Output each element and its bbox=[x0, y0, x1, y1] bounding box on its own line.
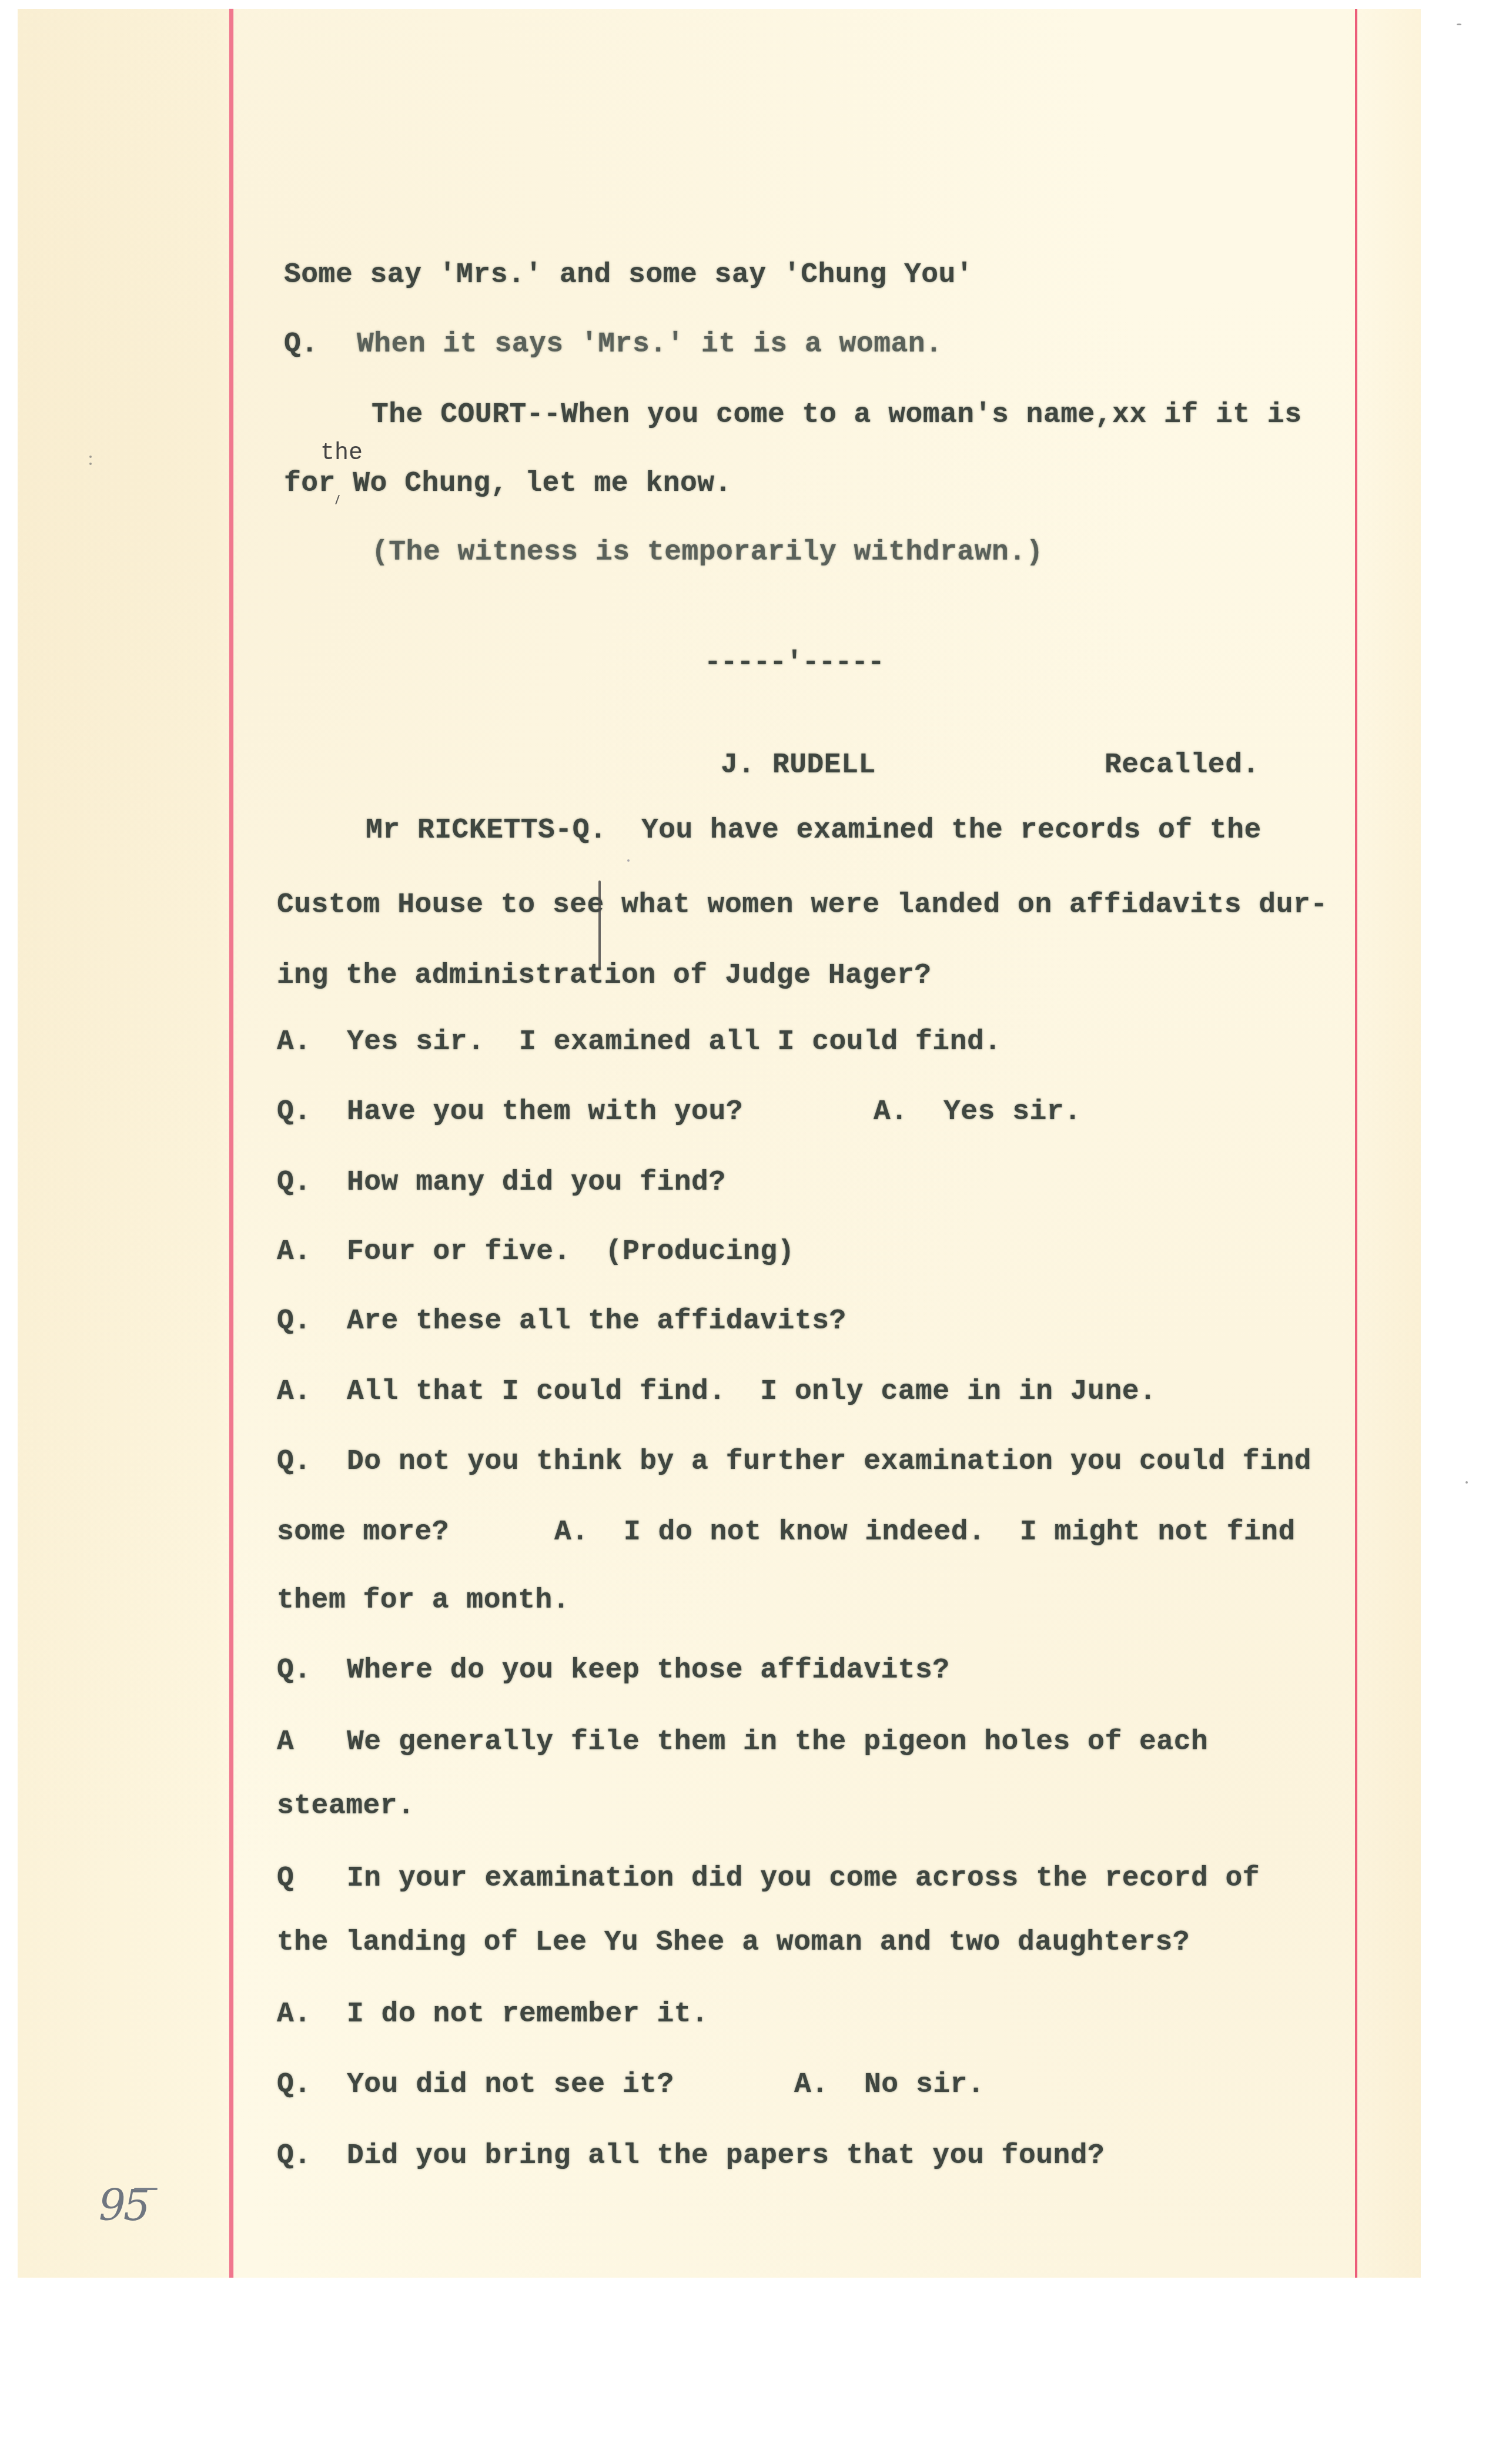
transcript-line: the landing of Lee Yu Shee a woman and t… bbox=[277, 1926, 1190, 1959]
question-text: Do not you think by a further examinatio… bbox=[347, 1445, 1311, 1478]
answer-text: No sir. bbox=[864, 2068, 985, 2101]
answer-label: A. bbox=[794, 2068, 829, 2101]
stage-direction: (The witness is temporarily withdrawn.) bbox=[372, 536, 1043, 569]
paper-speck bbox=[89, 463, 92, 465]
answer-label: A. bbox=[277, 1998, 312, 2031]
answer-text: Yes sir. bbox=[943, 1096, 1081, 1129]
answer-label: A. bbox=[277, 1026, 312, 1059]
right-margin-rule bbox=[1355, 9, 1357, 2278]
question-label: Q. bbox=[277, 1305, 312, 1338]
transcript-line: for Wo Chung, let me know. bbox=[284, 467, 732, 500]
transcript-line: Some say 'Mrs.' and some say 'Chung You' bbox=[284, 259, 973, 292]
answer-text: I do not remember it. bbox=[347, 1998, 708, 2031]
question-label: Q. bbox=[277, 1096, 312, 1129]
question-label: Q bbox=[277, 1862, 294, 1895]
answer-label: A. bbox=[277, 1375, 312, 1408]
left-margin-rule bbox=[229, 9, 233, 2278]
question-label: Q. bbox=[277, 2140, 312, 2172]
question-text: You did not see it? bbox=[347, 2068, 674, 2101]
transcript-line: them for a month. bbox=[277, 1584, 570, 1617]
question-text: How many did you find? bbox=[347, 1166, 726, 1199]
question-text: Where do you keep those affidavits? bbox=[347, 1654, 950, 1687]
paper-speck bbox=[89, 456, 92, 458]
question-text: Have you them with you? bbox=[347, 1096, 743, 1129]
question-label: Q. bbox=[277, 1166, 312, 1199]
question-label: Q. bbox=[277, 1654, 312, 1687]
transcript-line: steamer. bbox=[277, 1790, 414, 1823]
answer-label: A. bbox=[874, 1096, 908, 1129]
answer-label: A. bbox=[277, 1236, 312, 1268]
handwritten-page-number: 95 bbox=[99, 2184, 148, 2227]
paper-speck bbox=[1457, 24, 1461, 25]
section-separator: -----'----- bbox=[704, 647, 884, 679]
transcript-line: some more? bbox=[277, 1516, 449, 1549]
paper-speck bbox=[627, 859, 630, 862]
examiner-question: Mr RICKETTS-Q. You have examined the rec… bbox=[366, 814, 1262, 847]
transcript-line: Custom House to see what women were land… bbox=[277, 889, 1328, 922]
question-text: Did you bring all the papers that you fo… bbox=[347, 2140, 1105, 2172]
pencil-mark bbox=[598, 881, 601, 969]
answer-label: A. bbox=[554, 1516, 589, 1549]
transcript-line: ing the administration of Judge Hager? bbox=[277, 959, 932, 992]
question-text: Are these all the affidavits? bbox=[347, 1305, 846, 1338]
witness-name: J. RUDELL bbox=[721, 749, 876, 782]
answer-text: All that I could find. I only came in in… bbox=[347, 1375, 1156, 1408]
answer-text: I do not know indeed. I might not find bbox=[624, 1516, 1296, 1549]
witness-status: Recalled. bbox=[1105, 749, 1260, 782]
answer-text: Four or five. (Producing) bbox=[347, 1236, 795, 1268]
answer-text: We generally file them in the pigeon hol… bbox=[347, 1726, 1208, 1759]
answer-text: Yes sir. I examined all I could find. bbox=[347, 1026, 1002, 1059]
question-text: When it says 'Mrs.' it is a woman. bbox=[357, 328, 942, 361]
typed-insertion: the bbox=[320, 441, 363, 467]
court-statement: The COURT--When you come to a woman's na… bbox=[372, 399, 1301, 431]
paper-speck bbox=[1465, 1481, 1468, 1484]
answer-label: A bbox=[277, 1726, 294, 1759]
question-text: In your examination did you come across … bbox=[347, 1862, 1260, 1895]
handwritten-underline-mark bbox=[134, 2188, 158, 2190]
question-label: Q. bbox=[277, 1445, 312, 1478]
question-label: Q. bbox=[284, 328, 319, 361]
question-label: Q. bbox=[277, 2068, 312, 2101]
